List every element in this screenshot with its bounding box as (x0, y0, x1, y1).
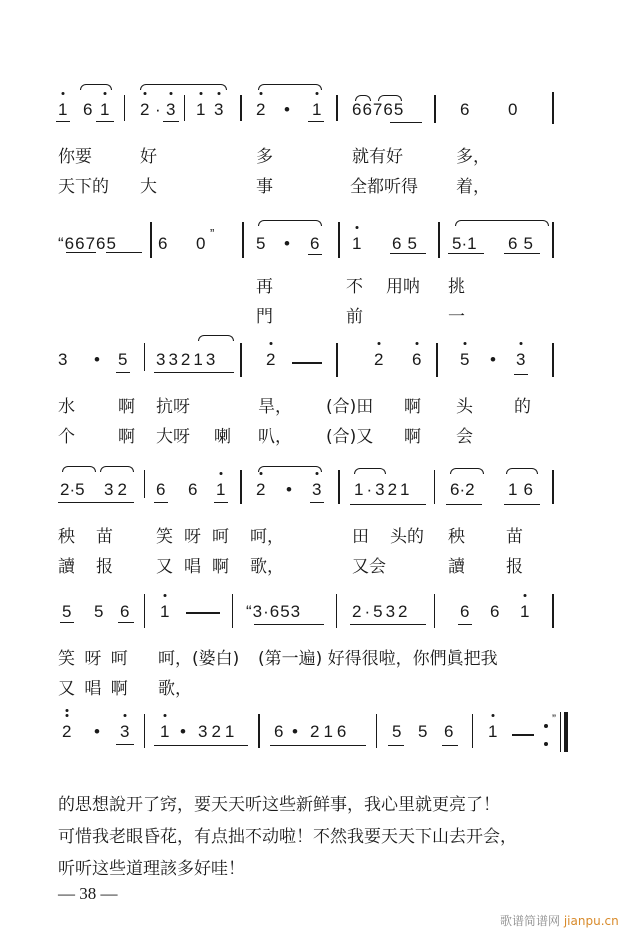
repeat-barline (552, 470, 554, 504)
lyric: 秧 (448, 522, 465, 547)
lyric: 呵， (250, 522, 284, 547)
note: 6 (158, 234, 167, 254)
beam (514, 374, 528, 375)
barline (436, 343, 438, 377)
repeat-barline (552, 222, 554, 258)
slur (100, 466, 134, 472)
lyric: 啊 (118, 392, 135, 417)
repeat-barline (552, 594, 554, 628)
barline (338, 470, 340, 504)
note: 6 (188, 480, 197, 500)
lyric: 再 (256, 272, 273, 297)
lyric: 旱， (258, 392, 292, 417)
lyric: 抗呀 (156, 392, 190, 417)
beam (118, 622, 134, 623)
lyric: 报 (506, 552, 523, 577)
beam (96, 121, 114, 122)
beam (56, 121, 70, 122)
note: • (284, 234, 290, 254)
lyric: 笑 (156, 522, 173, 547)
beam (388, 745, 404, 746)
barline (124, 95, 125, 121)
barline (336, 594, 337, 628)
page-number: — 38 — (58, 884, 118, 904)
lyric: 水 (58, 392, 75, 417)
barline (472, 714, 473, 748)
beam (350, 624, 426, 625)
note: · (155, 100, 161, 120)
note: 3 (120, 722, 129, 742)
slur (258, 220, 322, 226)
lyric: 头 (456, 392, 473, 417)
note-group: 321 (198, 722, 238, 742)
beam (270, 745, 366, 746)
note: 3 (214, 100, 223, 120)
note: • (94, 722, 100, 742)
barline (144, 470, 145, 498)
beam (163, 121, 179, 122)
lyric: 啊 (118, 422, 135, 447)
barline (438, 222, 440, 258)
beam (390, 253, 426, 254)
note: 5 (460, 350, 469, 370)
end-barline-thick (564, 712, 568, 752)
note-group: 65 (392, 234, 423, 254)
end-barline-thin (560, 712, 561, 752)
note: • (286, 480, 292, 500)
note: 3 (516, 350, 525, 370)
beam (106, 252, 142, 253)
lyric: 苗 (506, 522, 523, 547)
lyric: 着， (456, 172, 490, 197)
barline (434, 95, 436, 123)
note-group: 66765 (352, 100, 404, 120)
lyric: 田 (352, 522, 369, 547)
beam (308, 121, 324, 122)
lyric: 多， (456, 142, 490, 167)
lyric: 事 (256, 172, 273, 197)
note: 2 (266, 350, 275, 370)
note: • (490, 350, 496, 370)
slur (80, 84, 112, 90)
note-group: 65 (508, 234, 539, 254)
note-group: 16 (508, 480, 539, 500)
note-group: 2·532 (352, 602, 410, 622)
lyric: 会 (456, 422, 473, 447)
note: 1 (352, 234, 361, 254)
note: 1 (100, 100, 109, 120)
lyric: 大 (140, 172, 157, 197)
barline (336, 343, 338, 377)
lyric: 你要 (58, 142, 92, 167)
lyric: 就有好 (352, 142, 403, 167)
lyric: 啊 (404, 392, 421, 417)
beam (58, 502, 134, 503)
note: 1 (520, 602, 529, 622)
lyric: 报 (96, 552, 113, 577)
note: 5 (62, 602, 71, 622)
prose-line: 的思想說开了窍，要天天听这些新鲜事，我心里就更亮了！ (58, 790, 500, 815)
note-group: 32 (104, 480, 131, 500)
slur (450, 468, 484, 474)
slur (258, 466, 322, 472)
note-group: 33213 (156, 350, 218, 370)
beam (504, 253, 540, 254)
beam (154, 372, 234, 373)
close-quote: ” (552, 712, 556, 726)
lyric: 又 (156, 552, 173, 577)
note: 1 (160, 602, 169, 622)
lyric: 呀 (184, 522, 201, 547)
extension-dash (512, 734, 534, 736)
lyric: (第一遍) 好得很啦，你們眞把我 (258, 644, 498, 669)
lyric: 歌， (158, 674, 192, 699)
beam (214, 502, 228, 503)
barline (240, 470, 242, 504)
watermark: 歌谱简谱网 jianpu.cn (500, 912, 619, 929)
beam (350, 504, 426, 505)
lyric: 叭， (258, 422, 292, 447)
note: 6 (412, 350, 421, 370)
prose-line: 听听这些道理該多好哇！ (58, 854, 245, 879)
lyric: 讀 (448, 552, 465, 577)
note: 2 (62, 722, 71, 742)
barline (184, 95, 185, 121)
note-group: 216 (310, 722, 350, 742)
note: 6 (444, 722, 453, 742)
lyric: 头的 (390, 522, 424, 547)
repeat-barline (552, 343, 554, 377)
lyric: 喇 (214, 422, 231, 447)
barline (376, 714, 377, 748)
beam (116, 372, 130, 373)
repeat-barline (552, 92, 554, 124)
note: 5 (392, 722, 401, 742)
note: 6 (490, 602, 499, 622)
lyric: 呵 (212, 522, 229, 547)
note: 2 (256, 100, 265, 120)
lyric: 前 (346, 302, 363, 327)
note: 2 (256, 480, 265, 500)
prose-line: 可惜我老眼昏花，有点拙不动啦！不然我要天天下山去开会， (58, 822, 517, 847)
note-group: “3·653 (246, 602, 301, 622)
note: 5 (118, 350, 127, 370)
lyric: 又 唱 啊 (58, 674, 130, 699)
barline (144, 714, 145, 748)
slur (62, 466, 96, 472)
beam (308, 254, 322, 255)
note: 1 (488, 722, 497, 742)
barline (338, 222, 340, 258)
close-quote: ” (210, 226, 214, 241)
note: • (284, 100, 290, 120)
note: 3 (58, 350, 67, 370)
lyric: 挑 (448, 272, 465, 297)
extension-dash (292, 362, 322, 364)
lyric: (合)田 (326, 392, 373, 417)
note: 3 (312, 480, 321, 500)
note: • (94, 350, 100, 370)
note: • (292, 722, 298, 742)
note: 6 (460, 100, 469, 120)
barline (144, 594, 145, 628)
lyric: 一 (448, 302, 465, 327)
lyric: 啊 (404, 422, 421, 447)
lyric: 呵，(婆白) (158, 644, 239, 669)
beam (458, 624, 472, 625)
note: 5 (94, 602, 103, 622)
beam (504, 504, 540, 505)
lyric: 好 (140, 142, 157, 167)
note: • (180, 722, 186, 742)
note: 1 (312, 100, 321, 120)
beam (154, 745, 248, 746)
note-group: “66765 (58, 234, 117, 254)
lyric: 不 (346, 272, 363, 297)
lyric: 啊 (212, 552, 229, 577)
watermark-text: 歌谱简谱网 (500, 914, 560, 928)
barline (434, 470, 435, 504)
beam (154, 502, 168, 503)
note-group: 6·2 (450, 480, 475, 500)
lyric: 全都听得 (350, 172, 418, 197)
beam (446, 504, 482, 505)
lyric: 的 (514, 392, 531, 417)
barline (242, 222, 244, 258)
lyric: 唱 (184, 552, 201, 577)
barline (240, 95, 242, 121)
lyric: 苗 (96, 522, 113, 547)
repeat-dot (544, 724, 548, 728)
note: 1 (216, 480, 225, 500)
slur (455, 220, 549, 226)
note: 6 (460, 602, 469, 622)
lyric: 讀 (58, 552, 75, 577)
lyric: (合)又 (326, 422, 373, 447)
lyric: 笑 呀 呵 (58, 644, 130, 669)
barline (150, 222, 152, 258)
beam (66, 252, 96, 253)
lyric: 个 (58, 422, 75, 447)
beam (442, 745, 458, 746)
barline (240, 343, 242, 377)
beam (254, 624, 324, 625)
beam (60, 622, 74, 623)
slur (140, 84, 227, 90)
note: 2 (374, 350, 383, 370)
note: 2 (140, 100, 149, 120)
barline (336, 95, 338, 121)
lyric: 歌， (250, 552, 284, 577)
slur (198, 335, 234, 341)
watermark-site: jianpu.cn (564, 914, 619, 928)
note: 0 (196, 234, 205, 254)
repeat-dot (544, 742, 548, 746)
lyric: 用呐 (386, 272, 420, 297)
barline (258, 714, 260, 748)
lyric: 大呀 (156, 422, 190, 447)
barline (144, 343, 145, 371)
beam (448, 253, 484, 254)
beam (310, 502, 324, 503)
extension-dash (186, 612, 220, 614)
note: 0 (508, 100, 517, 120)
note: 3 (166, 100, 175, 120)
slur (354, 468, 386, 474)
lyric: 門 (256, 302, 273, 327)
note: 5 (418, 722, 427, 742)
note: 5 (256, 234, 265, 254)
note: 6 (310, 234, 319, 254)
note: 6 (83, 100, 92, 120)
lyric: 又会 (352, 552, 386, 577)
beam (390, 122, 422, 123)
note-group: 2·5 (60, 480, 85, 500)
slur (258, 84, 322, 90)
note: 6 (156, 480, 165, 500)
lyric: 秧 (58, 522, 75, 547)
note: 1 (160, 722, 169, 742)
barline (434, 594, 435, 628)
note-group: 5·1 (452, 234, 477, 254)
slur (506, 468, 538, 474)
note: 1 (58, 100, 67, 120)
barline (232, 594, 233, 628)
note: 1 (196, 100, 205, 120)
note: 6 (120, 602, 129, 622)
lyric: 天下的 (58, 172, 109, 197)
note: 6 (274, 722, 283, 742)
note-group: 1·321 (354, 480, 412, 500)
lyric: 多 (256, 142, 273, 167)
beam (116, 744, 134, 745)
